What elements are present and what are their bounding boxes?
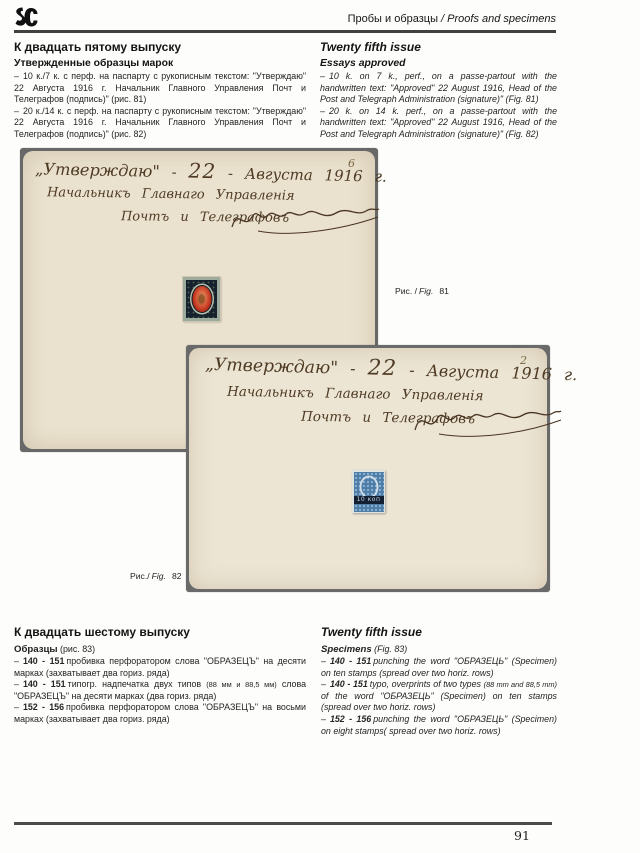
hw-dash: -	[409, 361, 415, 380]
item-text: типогр. надпечатка двух типов	[68, 679, 202, 689]
figure-82-photo: 2 „Утверждаю" - 22 - Августа 1916 г. Нач…	[186, 345, 550, 592]
hw-dash: -	[171, 163, 176, 181]
dash: –	[321, 714, 326, 724]
section-heading-en: Twenty fifth issue	[320, 40, 557, 54]
item-small-note: (88 mm and 88,5 mm)	[484, 680, 557, 689]
hw-quote: „Утверждаю"	[205, 355, 339, 379]
list-item: –152 - 156punching the word "ОБРАЗЕЦЬ" (…	[321, 714, 557, 737]
hw-dash: -	[228, 164, 233, 182]
stamp-eagle-oval	[192, 286, 211, 312]
stamp-range: 140 - 151	[330, 679, 368, 689]
hw-dash: -	[350, 359, 356, 378]
signature-scribble	[411, 402, 563, 444]
figure-82-caption: Рис./Fig.82	[130, 571, 182, 581]
stamp-20k-on-14k: 10 коп	[352, 470, 385, 513]
stamp-frame: 10 коп	[354, 472, 384, 512]
section-issue25-en: Twenty fifth issue Essays approved –10 k…	[320, 40, 557, 141]
caption-ru: Рис./	[130, 571, 150, 581]
list-item: –140 - 151типогр. надпечатка двух типов …	[14, 679, 306, 702]
running-header: Пробы и образцы / Proofs and specimens	[348, 13, 556, 25]
catalog-page: Пробы и образцы / Proofs and specimens К…	[0, 0, 640, 853]
subheading-note: (рис. 83)	[60, 644, 95, 654]
section-subheading-ru: Утвержденные образцы марок	[14, 58, 306, 69]
hw-day-number: 22	[367, 355, 397, 381]
caption-en: Fig.	[152, 571, 166, 581]
item-text: 20 к./14 к. с перф. на паспарту с рукопи…	[14, 106, 306, 139]
item-small-note: (88 мм и 88,5 мм)	[206, 680, 277, 689]
caption-en: Fig.	[419, 286, 433, 296]
footer-rule	[14, 822, 552, 825]
item-text: 10 к./7 к. с перф. на паспарту с рукопис…	[14, 71, 306, 104]
stamp-range: 152 - 156	[23, 702, 64, 712]
figure-81-caption: Рис. /Fig.81	[395, 286, 449, 296]
section-issue25-ru: К двадцать пятому выпуску Утвержденные о…	[14, 40, 306, 141]
caption-ru: Рис. /	[395, 286, 417, 296]
hw-day-number: 22	[188, 159, 216, 184]
item-text: 20 k. on 14 k. perf., on a passe-partout…	[320, 106, 557, 139]
list-item: –140 - 151typo, overprints of two types …	[321, 679, 557, 714]
section-subheading-ru: Образцы (рис. 83)	[14, 643, 306, 656]
hw-date: Августа 1916 г.	[426, 361, 577, 384]
passe-partout-card-82: 2 „Утверждаю" - 22 - Августа 1916 г. Нач…	[189, 348, 547, 589]
section-heading-en: Twenty fifth issue	[321, 625, 557, 639]
dash: –	[321, 679, 326, 689]
subheading-word: Образцы	[14, 644, 58, 655]
list-item: –10 к./7 к. с перф. на паспарту с рукопи…	[14, 71, 306, 106]
dash: –	[320, 106, 325, 116]
handwritten-approval-line: „Утверждаю" - 22 - Августа 1916 г.	[35, 155, 387, 186]
list-item: –152 - 156пробивка перфоратором слова "О…	[14, 702, 306, 725]
stamp-range: 152 - 156	[330, 714, 371, 724]
section-subheading-en: Essays approved	[320, 58, 557, 69]
hw-quote: „Утверждаю"	[35, 159, 160, 181]
subheading-word: Specimens	[321, 644, 372, 655]
stamp-10k-on-7k	[183, 277, 220, 321]
list-item: –10 k. on 7 k., perf., on a passe-partou…	[320, 71, 557, 106]
stamp-range: 140 - 151	[23, 679, 66, 689]
item-text: typo, overprints of two types	[370, 679, 481, 689]
caption-number: 81	[439, 286, 449, 296]
dash: –	[14, 702, 19, 712]
section-issue26-en: Twenty fifth issue Specimens (Fig. 83) –…	[321, 625, 557, 737]
publisher-logo-icon	[13, 6, 39, 28]
dash: –	[14, 656, 19, 666]
stamp-range: 140 - 151	[23, 656, 64, 666]
item-text: of the word "ОБРАЗЕЦЬ" (Specimen) on ten…	[321, 691, 557, 713]
list-item: –140 - 151пробивка перфоратором слова "О…	[14, 656, 306, 679]
signature-scribble	[228, 201, 383, 241]
list-item: –140 - 151punching the word "ОБРАЗЕЦЬ" (…	[321, 656, 557, 679]
list-item: –20 к./14 к. с перф. на паспарту с рукоп…	[14, 106, 306, 141]
dash: –	[14, 679, 19, 689]
section-heading-ru: К двадцать пятому выпуску	[14, 40, 306, 54]
dash: –	[320, 71, 325, 81]
page-number: 91	[514, 828, 530, 843]
section-subheading-en: Specimens (Fig. 83)	[321, 643, 557, 656]
dash: –	[14, 106, 19, 116]
running-header-en: / Proofs and specimens	[441, 13, 556, 25]
running-header-ru: Пробы и образцы	[348, 13, 438, 25]
caption-number: 82	[172, 571, 182, 581]
stamp-range: 140 - 151	[330, 656, 371, 666]
stamp-overprint-band: 10 коп	[354, 496, 384, 504]
dash: –	[321, 656, 326, 666]
header-rule	[14, 30, 556, 33]
stamp-frame	[186, 280, 217, 318]
section-issue26-ru: К двадцать шестому выпуску Образцы (рис.…	[14, 625, 306, 726]
subheading-note: (Fig. 83)	[374, 644, 407, 654]
dash: –	[14, 71, 19, 81]
section-heading-ru: К двадцать шестому выпуску	[14, 625, 306, 639]
list-item: –20 k. on 14 k. perf., on a passe-partou…	[320, 106, 557, 141]
hw-date: Августа 1916 г.	[245, 165, 387, 186]
item-text: 10 k. on 7 k., perf., on a passe-partout…	[320, 71, 557, 104]
